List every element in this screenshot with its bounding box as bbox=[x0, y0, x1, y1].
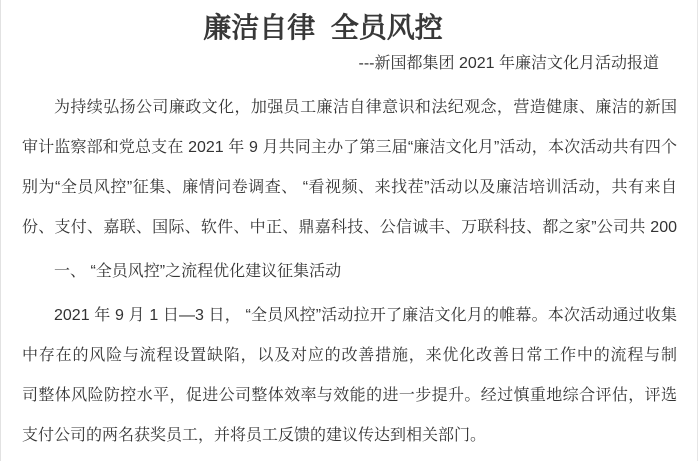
section-heading: 一、 “全员风控”之流程优化建议征集活动 bbox=[1, 252, 697, 292]
text-line: 2021 年 9 月 1 日—3 日， “全员风控”活动拉开了廉洁文化月的帷幕。… bbox=[1, 296, 697, 336]
text-line: 支付公司的两名获奖员工，并将员工反馈的建议传达到相关部门。 bbox=[1, 416, 697, 456]
text-line: 审计监察部和党总支在 2021 年 9 月共同主办了第三届“廉洁文化月”活动，本… bbox=[1, 128, 697, 168]
document-title: 廉洁自律 全员风控 bbox=[0, 10, 671, 46]
document-body: 为持续弘扬公司廉政文化，加强员工廉洁自律意识和法纪观念，营造健康、廉洁的新国都工… bbox=[1, 88, 697, 456]
document-page: 廉洁自律 全员风控 ---新国都集团 2021 年廉洁文化月活动报道 为持续弘扬… bbox=[0, 0, 698, 461]
text-line: 别为“全员风控”征集、廉情问卷调查、 “看视频、来找茬”活动以及廉洁培训活动，共… bbox=[1, 168, 697, 208]
text-line: 中存在的风险与流程设置缺陷，以及对应的改善措施，来优化改善日常工作中的流程与制度… bbox=[1, 336, 697, 376]
text-line: 为持续弘扬公司廉政文化，加强员工廉洁自律意识和法纪观念，营造健康、廉洁的新国都工… bbox=[1, 88, 697, 128]
text-line: 司整体风险防控水平，促进公司整体效率与效能的进一步提升。经过慎重地综合评估，评选… bbox=[1, 376, 697, 416]
document-byline: ---新国都集团 2021 年廉洁文化月活动报道 bbox=[1, 53, 697, 75]
text-line: 份、支付、嘉联、国际、软件、中正、鼎嘉科技、公信诚丰、万联科技、都之家”公司共 … bbox=[1, 208, 697, 248]
